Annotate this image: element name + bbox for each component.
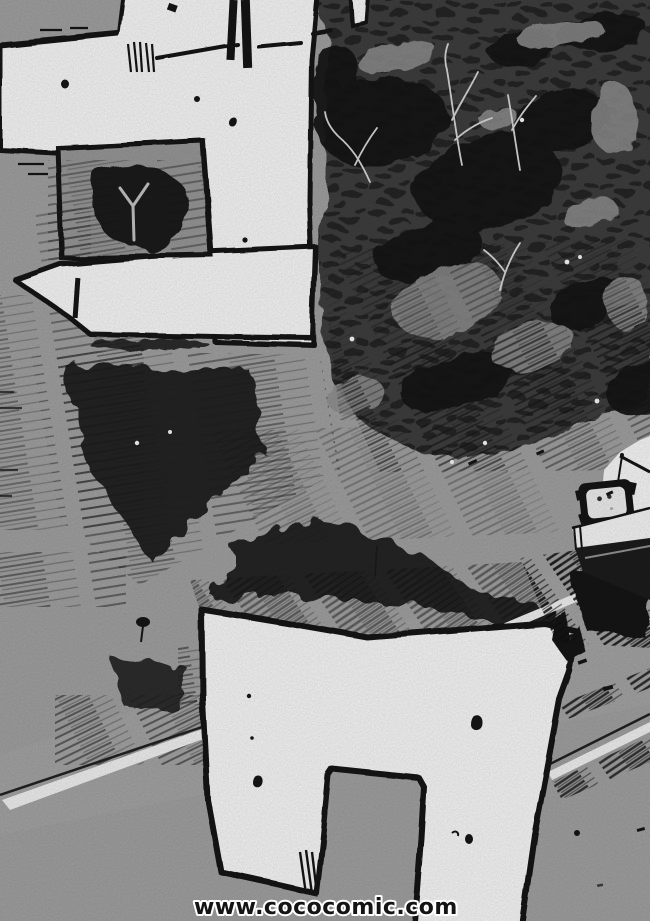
paper-grain (0, 0, 650, 921)
manga-page: www.cococomic.com (0, 0, 650, 921)
aerial-scene: www.cococomic.com (0, 0, 650, 921)
watermark-text: www.cococomic.com (194, 895, 458, 920)
